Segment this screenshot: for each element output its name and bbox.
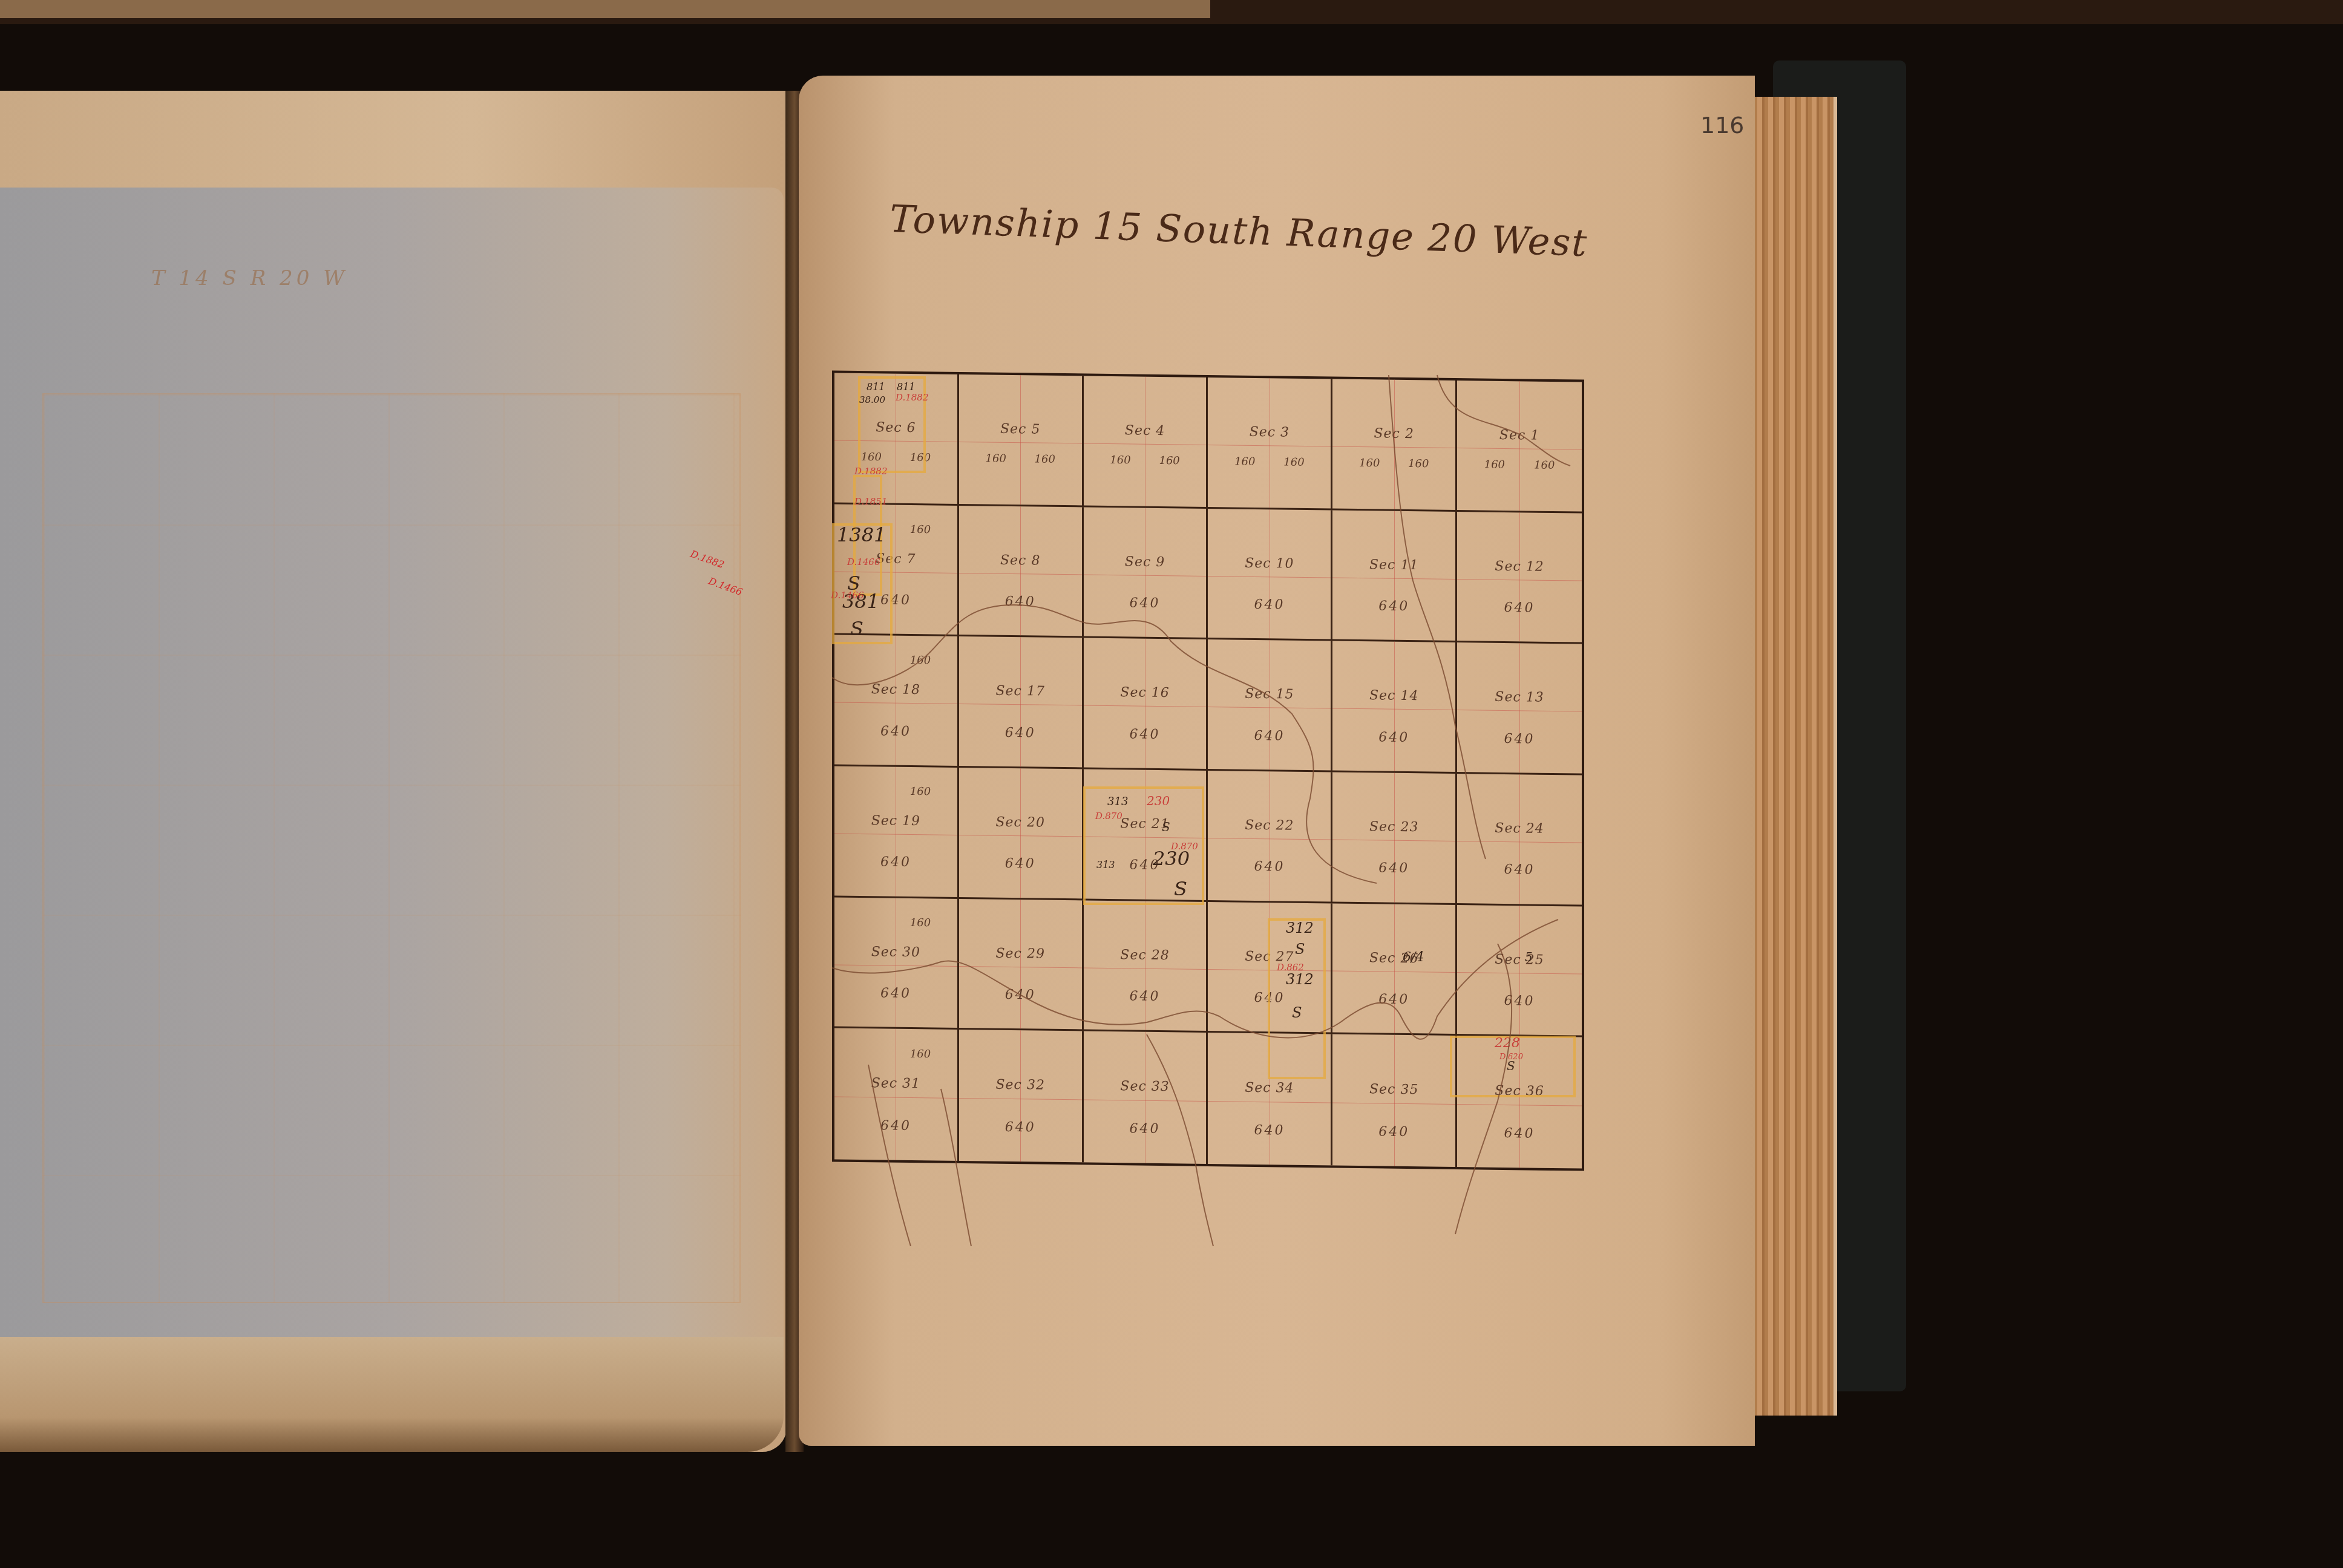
sec7-anno: D.1466 — [831, 590, 863, 601]
acreage-value: 640 — [834, 854, 957, 871]
plat-section-cell: Sec 9640 — [1084, 507, 1208, 639]
plat-section-cell: Sec 12640 — [1457, 512, 1582, 644]
sec6-anno: 811 — [897, 381, 916, 393]
acreage-value: 640 — [959, 593, 1082, 610]
acreage-value: 640 — [1332, 729, 1455, 745]
plat-section-cell: Sec 4160160 — [1084, 376, 1208, 508]
section-label: Sec 2 — [1332, 425, 1455, 442]
acreage-value: 160 — [910, 1048, 931, 1060]
section-label: Sec 9 — [1084, 554, 1207, 570]
acreage-value: 160 — [985, 452, 1006, 465]
acreage-value: 640 — [1208, 858, 1331, 875]
acreage-value: 640 — [1084, 1120, 1207, 1137]
acreage-value: 640 — [959, 725, 1082, 741]
left-bleed-through-heading: T 14 S R 20 W — [151, 266, 348, 290]
acreage-value: 640 — [1084, 726, 1207, 742]
sec25-anno: 5 — [1525, 950, 1533, 964]
plat-section-cell: Sec 17640 — [959, 636, 1084, 769]
sec21-anno: 313 — [1107, 795, 1128, 808]
page-stack-edges — [1743, 97, 1837, 1416]
plat-section-cell: Sec 29640 — [959, 899, 1084, 1031]
section-label: Sec 19 — [834, 812, 957, 829]
section-label: Sec 22 — [1208, 817, 1331, 834]
acreage-value: 640 — [959, 855, 1082, 872]
acreage-value: 640 — [1457, 861, 1582, 878]
section-label: Sec 31 — [834, 1076, 957, 1092]
acreage-value: 640 — [1457, 1125, 1582, 1142]
plat-section-cell: Sec 25640 — [1457, 905, 1582, 1037]
sec7-anno: 1381 — [837, 523, 886, 546]
acreage-value: 160 — [1359, 457, 1380, 469]
acreage-value: 160 — [1534, 459, 1555, 472]
sec6-south-anno: D.1882 — [854, 466, 887, 477]
section-label: Sec 13 — [1457, 689, 1582, 706]
acreage-value: 640 — [834, 1117, 957, 1134]
acreage-value: 640 — [1332, 598, 1455, 614]
sec21-anno: S — [1174, 877, 1187, 900]
left-faint-grid — [42, 393, 741, 1303]
sec27-anno: 312 — [1286, 971, 1314, 988]
acreage-value: 640 — [1084, 595, 1207, 611]
background-cream — [0, 0, 1210, 18]
page-number: 116 — [1700, 112, 1745, 139]
acreage-value: 640 — [1332, 860, 1455, 877]
plat-section-cell: Sec 30640160 — [834, 897, 959, 1030]
sec36-anno: S — [1507, 1059, 1515, 1073]
plat-section-cell: Sec 35640 — [1332, 1034, 1457, 1167]
section-label: Sec 8 — [959, 552, 1082, 569]
sec6-south-anno: D.1851 — [854, 496, 887, 507]
acreage-value: 640 — [1208, 596, 1331, 613]
sec27-anno: S — [1295, 941, 1305, 958]
acreage-value: 640 — [1332, 1123, 1455, 1140]
plat-section-cell: Sec 19640160 — [834, 766, 959, 898]
plat-section-cell: Sec 2160160 — [1332, 379, 1457, 512]
plat-section-cell: Sec 23640 — [1332, 773, 1457, 905]
section-label: Sec 29 — [959, 946, 1082, 962]
section-label: Sec 32 — [959, 1077, 1082, 1093]
section-label: Sec 4 — [1084, 422, 1207, 439]
section-label: Sec 12 — [1457, 558, 1582, 575]
plat-section-cell: Sec 33640 — [1084, 1031, 1208, 1164]
section-label: Sec 24 — [1457, 820, 1582, 837]
acreage-value: 160 — [910, 916, 931, 929]
section-label: Sec 28 — [1084, 947, 1207, 963]
sec6-anno: 38.00 — [859, 394, 885, 405]
plat-section-cell: Sec 24640 — [1457, 774, 1582, 906]
acreage-value: 640 — [1208, 1122, 1331, 1138]
section-label: Sec 30 — [834, 944, 957, 960]
sec21-anno: S — [1162, 820, 1170, 834]
acreage-value: 160 — [1408, 457, 1429, 470]
plat-section-cell: Sec 22640 — [1208, 771, 1332, 903]
plat-section-cell: Sec 18640160 — [834, 635, 959, 768]
background-strip — [0, 0, 2343, 24]
acreage-value: 640 — [1084, 988, 1207, 1004]
section-label: Sec 33 — [1084, 1079, 1207, 1095]
section-label: Sec 11 — [1332, 557, 1455, 573]
sec7-anno: D.1466 — [847, 557, 880, 567]
section-label: Sec 15 — [1208, 686, 1331, 702]
plat-section-cell: Sec 8640 — [959, 506, 1084, 638]
plat-section-cell: Sec 28640 — [1084, 900, 1208, 1033]
sec36-anno: 228 — [1495, 1036, 1520, 1051]
section-label: Sec 1 — [1457, 427, 1582, 444]
section-label: Sec 10 — [1208, 555, 1331, 572]
sec21-anno: D.870 — [1095, 811, 1122, 822]
plat-section-cell: Sec 31640160 — [834, 1028, 959, 1161]
acreage-value: 160 — [910, 523, 931, 536]
plat-section-cell: Sec 13640 — [1457, 642, 1582, 775]
acreage-value: 640 — [1457, 599, 1582, 616]
sec6-anno: D.1882 — [896, 392, 928, 403]
acreage-value: 640 — [834, 723, 957, 739]
acreage-value: 160 — [1234, 456, 1255, 468]
sec6-anno: 811 — [867, 381, 885, 393]
acreage-value: 640 — [1332, 991, 1455, 1007]
sec27-anno: 312 — [1286, 920, 1314, 936]
sec7-anno: S — [850, 617, 863, 640]
acreage-value: 640 — [834, 985, 957, 1001]
acreage-value: 640 — [1208, 728, 1331, 744]
section-label: Sec 26 — [1332, 950, 1455, 966]
acreage-value: 160 — [1035, 453, 1055, 466]
section-label: Sec 3 — [1208, 424, 1331, 440]
plat-section-cell: Sec 20640 — [959, 768, 1084, 900]
section-label: Sec 18 — [834, 682, 957, 698]
section-label: Sec 20 — [959, 814, 1082, 831]
plat-section-cell: Sec 32640 — [959, 1030, 1084, 1162]
section-label: Sec 25 — [1457, 952, 1582, 969]
section-label: Sec 16 — [1084, 685, 1207, 701]
plat-section-cell: Sec 5160160 — [959, 374, 1084, 507]
sec27-anno: S — [1292, 1004, 1302, 1021]
sec26-anno: 6/4 — [1403, 950, 1424, 965]
left-page-bottom-edge — [0, 1337, 784, 1452]
acreage-value: 640 — [959, 987, 1082, 1003]
section-label: Sec 14 — [1332, 688, 1455, 704]
plat-section-cell: Sec 11640 — [1332, 510, 1457, 642]
acreage-value: 640 — [1457, 993, 1582, 1010]
plat-section-cell: Sec 1160160 — [1457, 381, 1582, 513]
section-label: Sec 5 — [959, 421, 1082, 437]
plat-section-cell: Sec 16640 — [1084, 638, 1208, 771]
section-label: Sec 17 — [959, 683, 1082, 699]
plat-section-cell: Sec 10640 — [1208, 509, 1332, 641]
acreage-value: 160 — [910, 654, 931, 667]
acreage-value: 160 — [1110, 454, 1130, 466]
sec21-anno: 230 — [1153, 847, 1190, 870]
acreage-value: 640 — [959, 1119, 1082, 1135]
plat-section-cell: Sec 26640 — [1332, 903, 1457, 1036]
acreage-value: 640 — [1457, 731, 1582, 748]
acreage-value: 160 — [910, 785, 931, 798]
plat-section-cell: Sec 3160160 — [1208, 377, 1332, 510]
acreage-value: 160 — [1484, 459, 1505, 471]
plat-section-cell: Sec 15640 — [1208, 639, 1332, 772]
sec21-anno: 313 — [1096, 859, 1115, 871]
left-inserted-sheet: T 14 S R 20 W — [0, 188, 784, 1337]
section-label: Sec 34 — [1208, 1080, 1331, 1096]
plat-section-cell: Sec 14640 — [1332, 641, 1457, 774]
acreage-value: 160 — [1159, 454, 1179, 467]
section-label: Sec 23 — [1332, 818, 1455, 835]
acreage-value: 160 — [1283, 456, 1304, 469]
section-label: Sec 35 — [1332, 1082, 1455, 1098]
sec21-anno: 230 — [1147, 794, 1170, 808]
